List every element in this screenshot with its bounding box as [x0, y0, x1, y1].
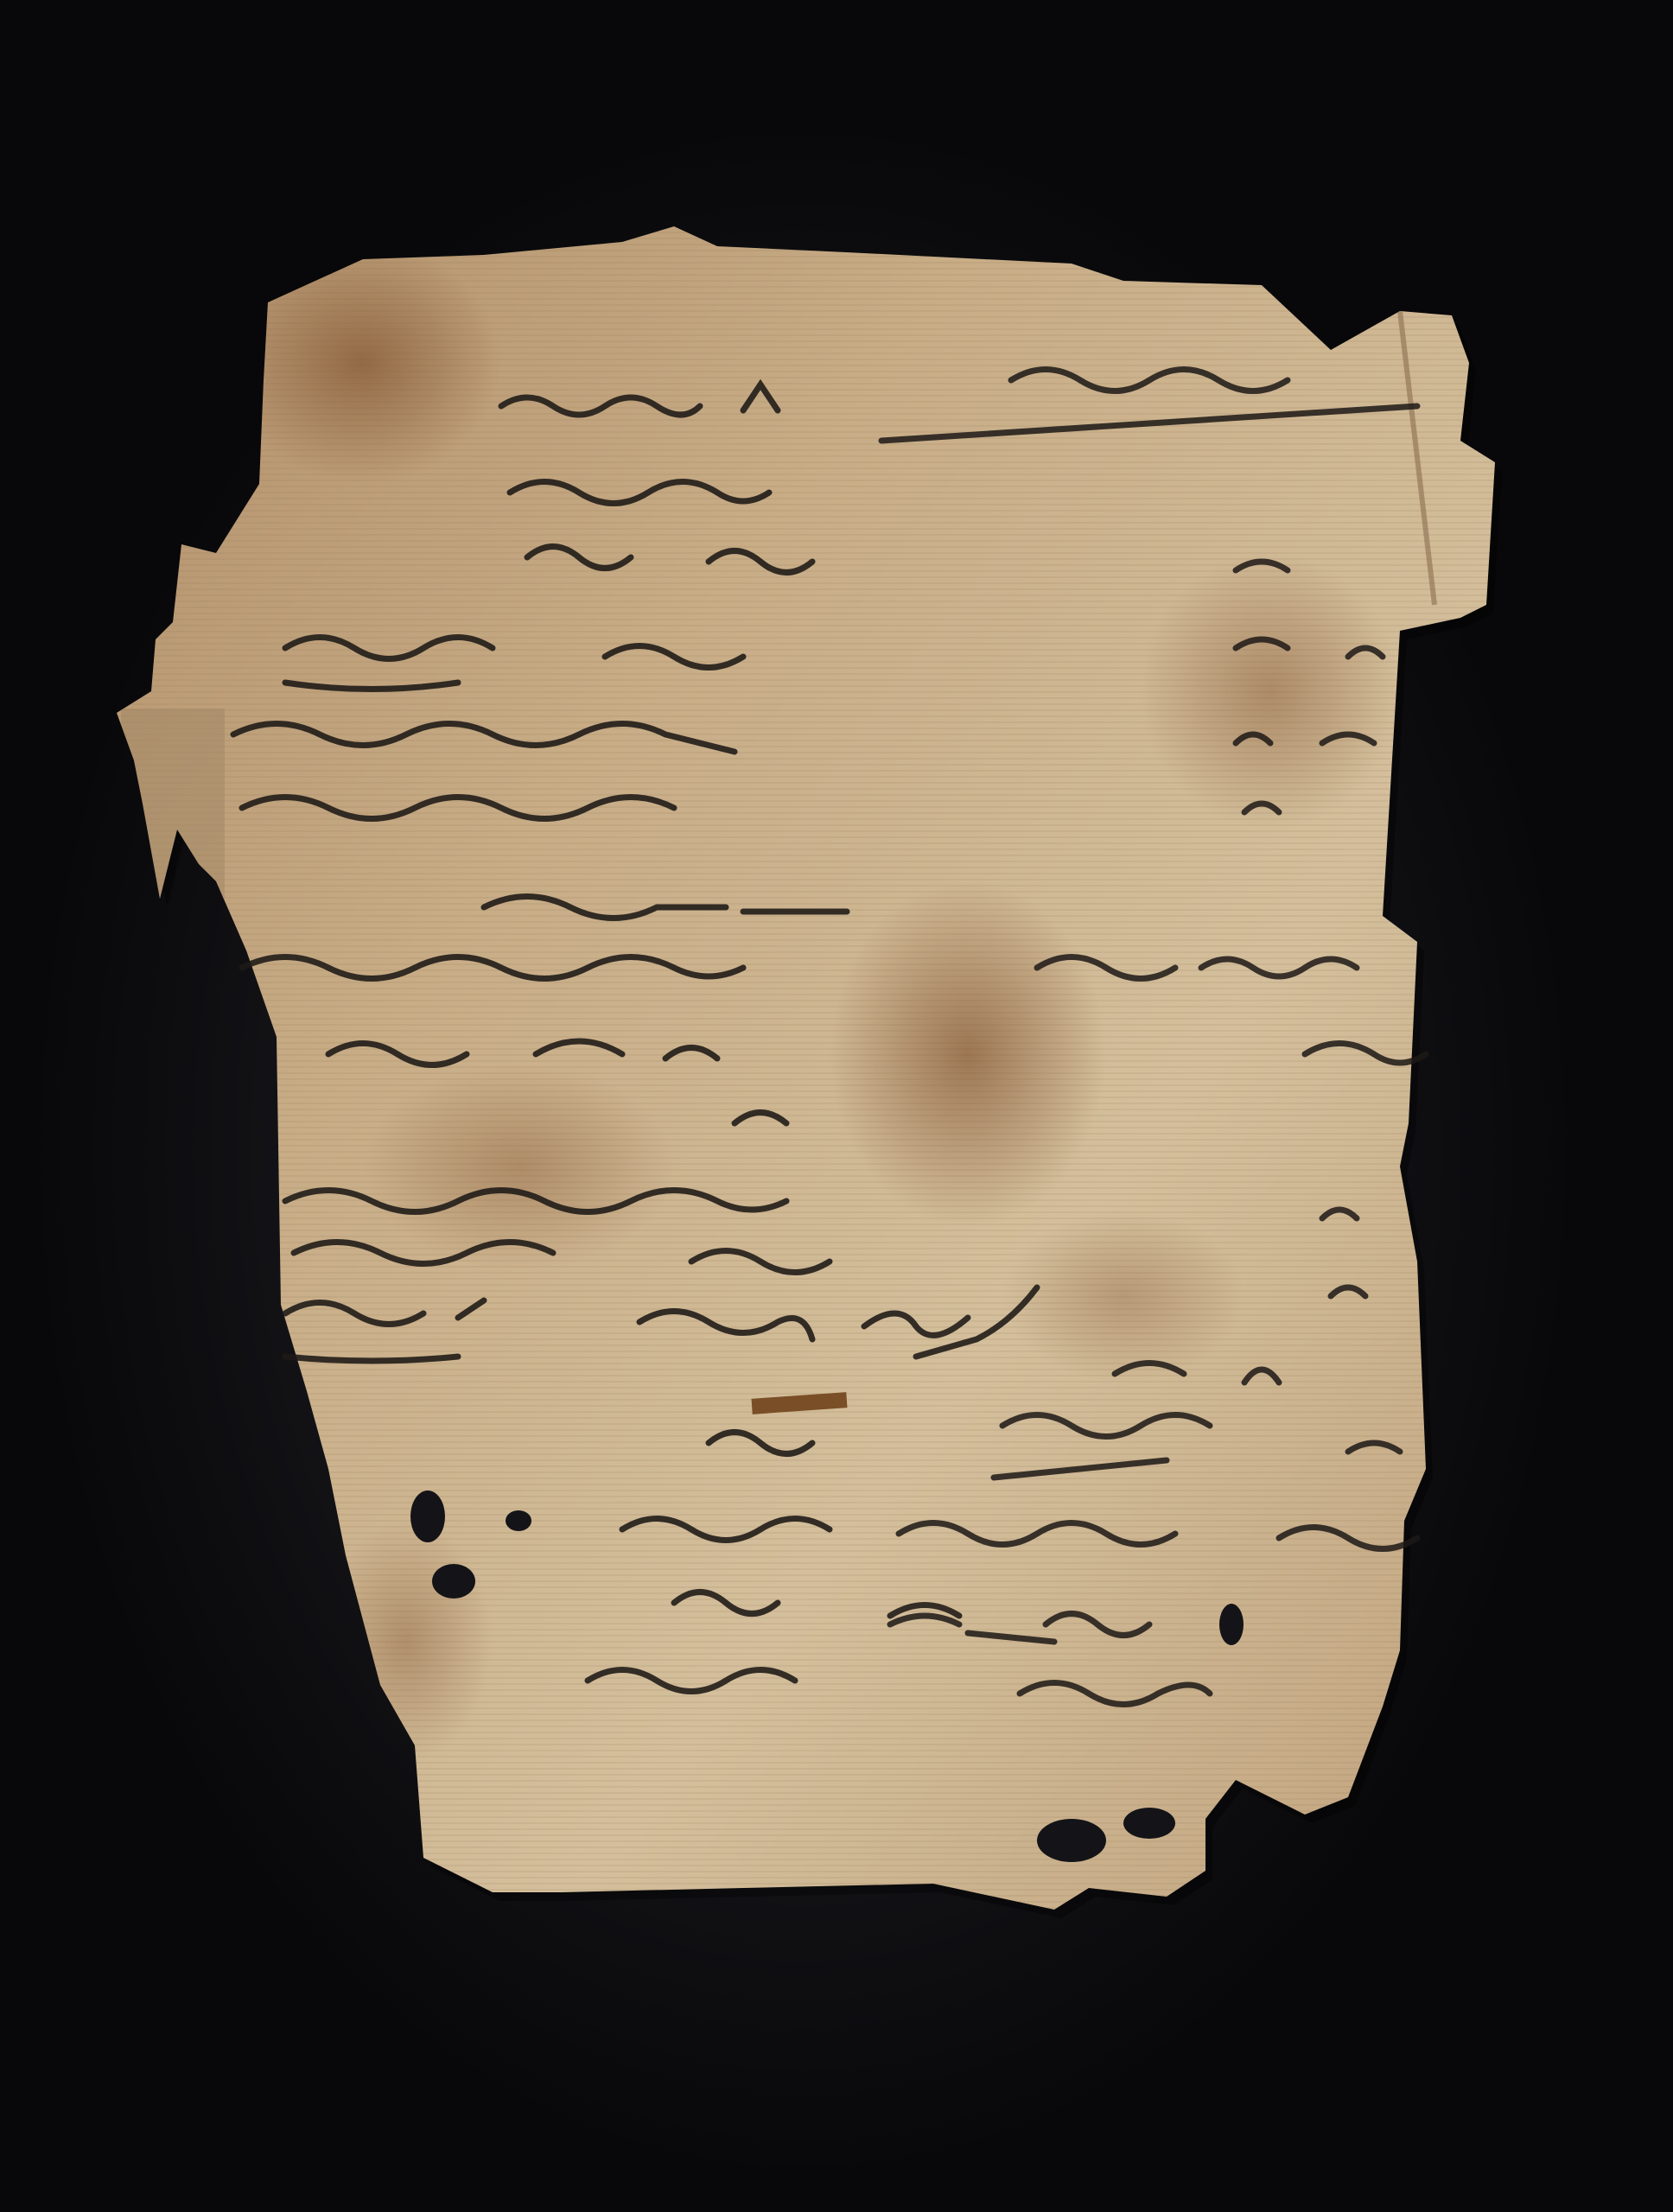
- papyrus-fragment: [0, 0, 1673, 2212]
- photo-scene: [0, 0, 1673, 2212]
